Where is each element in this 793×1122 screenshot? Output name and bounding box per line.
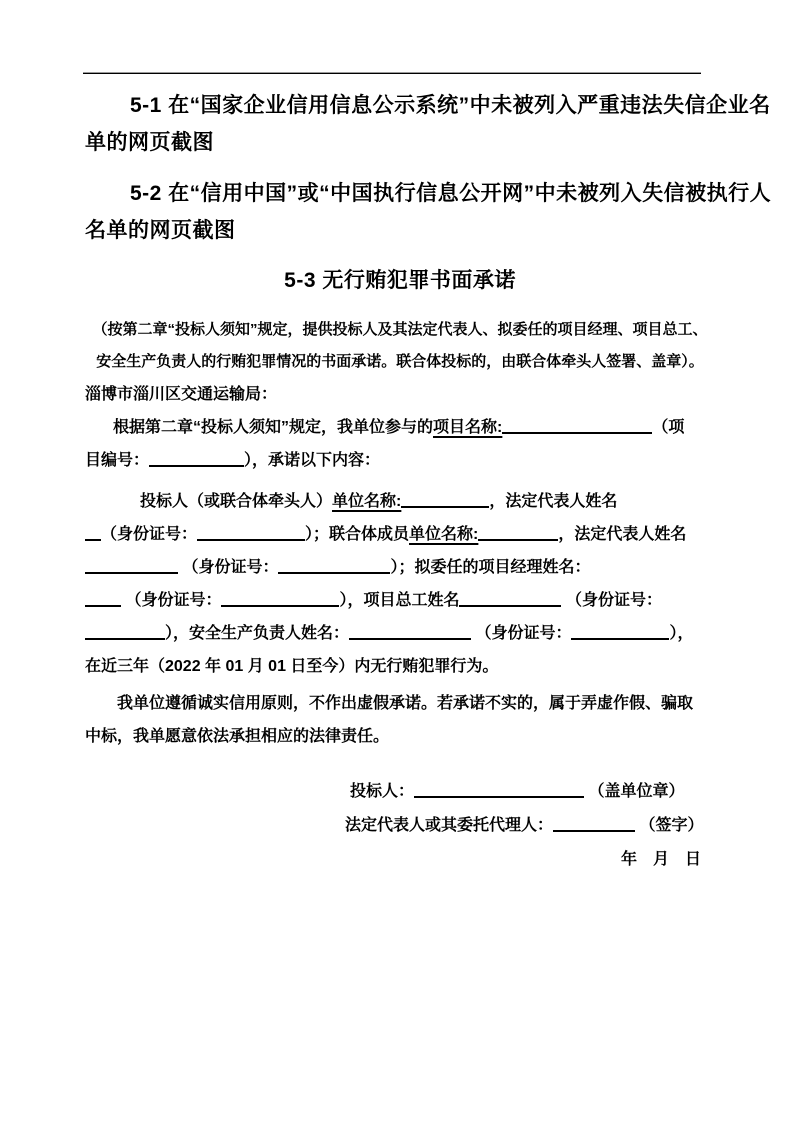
date-line: 年 月 日	[85, 843, 715, 877]
name-blank-2	[85, 559, 178, 574]
addressee: 淄博市淄川区交通运输局：	[85, 378, 715, 411]
project-name-blank	[502, 419, 652, 434]
heading-5-1-line2: 单的网页截图	[85, 124, 715, 161]
paragraph-2-line5: ），安全生产负责人姓名： （身份证号：），	[85, 617, 715, 650]
paragraph-2-line6: 在近三年（2022 年 01 月 01 日至今）内无行贿犯罪行为。	[85, 650, 715, 683]
paragraph-3-line2: 中标，我单愿意依法承担相应的法律责任。	[85, 720, 715, 753]
id-number-label-2: （身份证号：	[182, 559, 278, 576]
legal-rep-text: ，法定代表人姓名	[489, 493, 617, 510]
bidder-signature-blank	[414, 783, 584, 798]
paragraph-2-line3: （身份证号：）；拟委任的项目经理姓名：	[85, 551, 715, 584]
paragraph-2-line2: （身份证号：）；联合体成员单位名称:，法定代表人姓名	[85, 518, 715, 551]
id-number-blank	[197, 526, 305, 541]
legal-rep-text-2: ，法定代表人姓名	[558, 526, 686, 543]
safety-officer-name-blank	[349, 625, 471, 640]
name-blank	[85, 526, 101, 541]
bidder-text: 投标人（或联合体牵头人）	[140, 493, 332, 510]
p2-l5-tail: ），	[669, 625, 693, 642]
id-number-label-5: （身份证号：	[475, 625, 571, 642]
paragraph-3-line1: 我单位遵循诚实信用原则，不作出虚假承诺。若承诺不实的，属于弄虚作假、骗取	[85, 687, 715, 720]
legal-rep-signature-line: 法定代表人或其委托代理人： （签字）	[85, 809, 715, 843]
chief-engineer-name-blank	[459, 592, 561, 607]
bidder-label: 投标人：	[350, 783, 414, 800]
p1-tail: （项	[652, 419, 684, 436]
heading-5-1-line1: 5-1 在“国家企业信用信息公示系统”中未被列入严重违法失信企业名	[85, 87, 715, 124]
legal-rep-signature-blank	[553, 817, 635, 832]
intro-note-line2: 安全生产负责人的行贿犯罪情况的书面承诺。联合体投标的，由联合体牵头人签署、盖章）…	[85, 346, 715, 378]
bidder-signature-line: 投标人： （盖单位章）	[85, 775, 715, 809]
id-number-blank-5	[571, 625, 669, 640]
p1-l2-tail: ），承诺以下内容：	[244, 452, 380, 469]
id-number-label-3: （身份证号：	[125, 592, 221, 609]
unit-seal-note: （盖单位章）	[588, 783, 684, 800]
document-page: 5-1 在“国家企业信用信息公示系统”中未被列入严重违法失信企业名 单的网页截图…	[0, 0, 793, 1122]
unit-name-label: 单位名称:	[332, 493, 401, 510]
project-number-blank	[149, 452, 244, 467]
project-name-label: 项目名称:	[433, 419, 502, 436]
intro-note: （按第二章“投标人须知”规定，提供投标人及其法定代表人、拟委任的项目经理、项目总…	[85, 314, 715, 378]
paragraph-2-line1: 投标人（或联合体牵头人）单位名称:，法定代表人姓名	[85, 485, 715, 518]
heading-5-3: 5-3 无行贿犯罪书面承诺	[85, 262, 715, 299]
project-manager-text: ）；拟委任的项目经理姓名：	[390, 559, 590, 576]
project-number-label: 目编号：	[85, 452, 149, 469]
p1-text: 根据第二章“投标人须知”规定，我单位参与的	[113, 419, 433, 436]
id-number-blank-3	[221, 592, 339, 607]
unit-name-label-2: 单位名称:	[409, 526, 478, 543]
id-number-label-4: （身份证号：	[566, 592, 662, 609]
chief-engineer-text: ），项目总工姓名	[339, 592, 459, 609]
paragraph-1-line2: 目编号：），承诺以下内容：	[85, 444, 715, 477]
safety-officer-text: ），安全生产负责人姓名：	[165, 625, 349, 642]
unit-name-blank-2	[478, 526, 558, 541]
sign-note: （签字）	[639, 817, 703, 834]
document-content: 5-1 在“国家企业信用信息公示系统”中未被列入严重违法失信企业名 单的网页截图…	[85, 0, 715, 877]
unit-name-blank	[401, 493, 489, 508]
paragraph-2-line4: （身份证号：），项目总工姓名 （身份证号：	[85, 584, 715, 617]
heading-5-2-line1: 5-2 在“信用中国”或“中国执行信息公开网”中未被列入失信被执行人	[85, 175, 715, 212]
heading-5-2-line2: 名单的网页截图	[85, 212, 715, 249]
id-number-blank-4	[85, 625, 165, 640]
intro-note-line1: （按第二章“投标人须知”规定，提供投标人及其法定代表人、拟委任的项目经理、项目总…	[85, 314, 715, 346]
id-number-label: （身份证号：	[101, 526, 197, 543]
consortium-member-text: ）；联合体成员	[305, 526, 409, 543]
name-blank-3	[85, 592, 121, 607]
id-number-blank-2	[278, 559, 390, 574]
legal-rep-label: 法定代表人或其委托代理人：	[345, 817, 553, 834]
paragraph-1-line1: 根据第二章“投标人须知”规定，我单位参与的项目名称:（项	[85, 411, 715, 444]
